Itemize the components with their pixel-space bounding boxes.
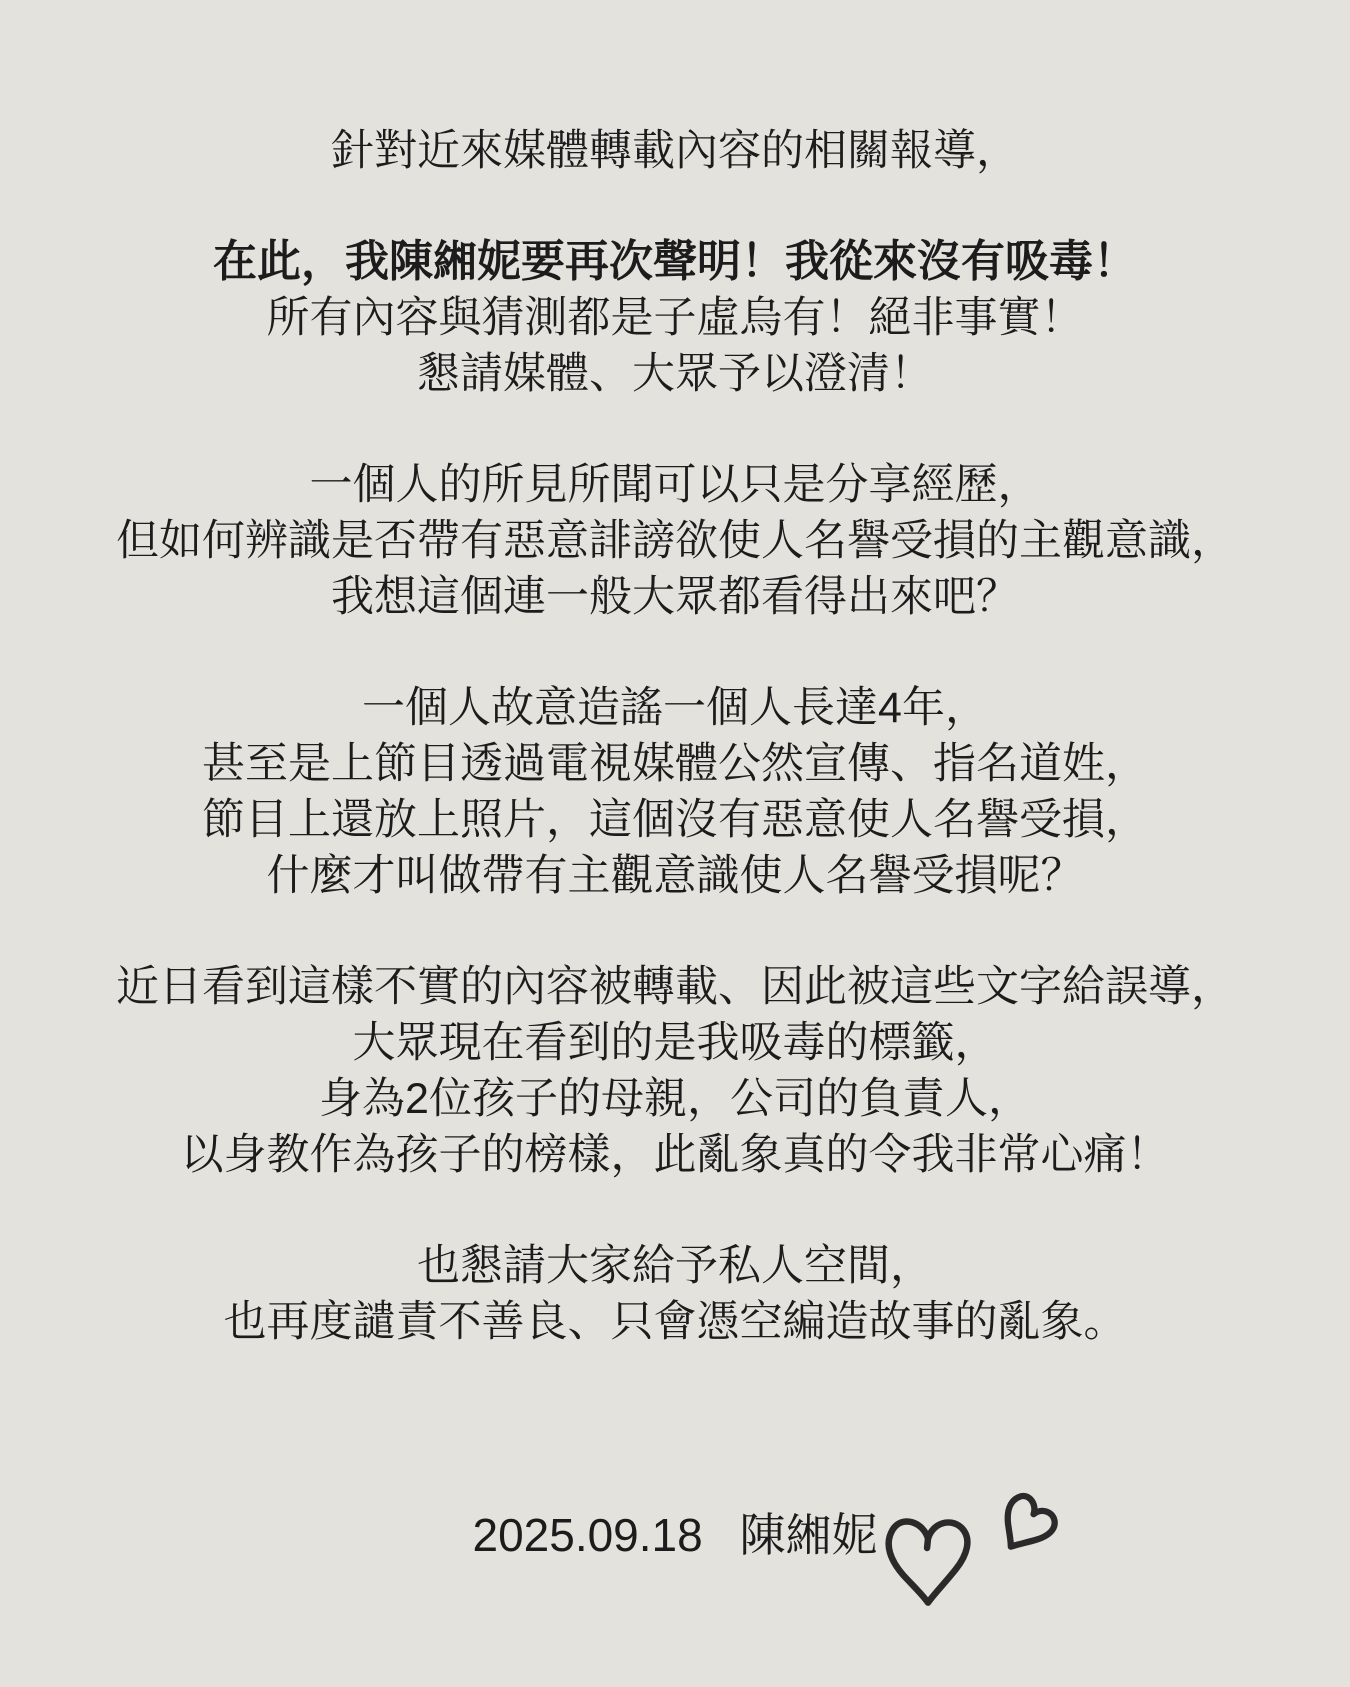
statement-line: 什麼才叫做帶有主觀意識使人名譽受損呢？	[0, 848, 1350, 904]
signature-date: 2025.09.18	[472, 1507, 702, 1563]
statement-line: 我想這個連一般大眾都看得出來吧？	[0, 569, 1350, 625]
paragraph-declaration: 在此，我陳緗妮要再次聲明！我從來沒有吸毒！ 所有內容與猜測都是子虛烏有！絕非事實…	[0, 234, 1350, 402]
paragraph-opinion: 一個人的所見所聞可以只是分享經歷， 但如何辨識是否帶有惡意誹謗欲使人名譽受損的主…	[0, 457, 1350, 625]
statement-line: 近日看到這樣不實的內容被轉載、因此被這些文字給誤導，	[0, 959, 1350, 1015]
statement-line: 以身教作為孩子的榜樣，此亂象真的令我非常心痛！	[0, 1127, 1350, 1183]
statement-line: 也再度譴責不善良、只會憑空編造故事的亂象。	[0, 1294, 1350, 1350]
statement-line: 針對近來媒體轉載內容的相關報導，	[0, 123, 1350, 179]
statement-line: 身為2位孩子的母親，公司的負責人，	[0, 1071, 1350, 1127]
paragraph-intro: 針對近來媒體轉載內容的相關報導，	[0, 123, 1350, 179]
statement-line: 一個人的所見所聞可以只是分享經歷，	[0, 457, 1350, 513]
statement-page: 針對近來媒體轉載內容的相關報導， 在此，我陳緗妮要再次聲明！我從來沒有吸毒！ 所…	[0, 0, 1350, 1687]
signature-row: 2025.09.18 陳緗妮	[0, 1507, 1350, 1563]
statement-line: 但如何辨識是否帶有惡意誹謗欲使人名譽受損的主觀意識，	[0, 513, 1350, 569]
statement-line: 也懇請大家給予私人空間，	[0, 1238, 1350, 1294]
statement-line: 節目上還放上照片，這個沒有惡意使人名譽受損，	[0, 792, 1350, 848]
signature-name: 陳緗妮	[740, 1507, 878, 1563]
statement-line: 一個人故意造謠一個人長達4年，	[0, 680, 1350, 736]
paragraph-impact: 近日看到這樣不實的內容被轉載、因此被這些文字給誤導， 大眾現在看到的是我吸毒的標…	[0, 959, 1350, 1183]
paragraph-appeal: 也懇請大家給予私人空間， 也再度譴責不善良、只會憑空編造故事的亂象。	[0, 1238, 1350, 1350]
paragraph-accusation: 一個人故意造謠一個人長達4年， 甚至是上節目透過電視媒體公然宣傳、指名道姓， 節…	[0, 680, 1350, 904]
statement-line: 所有內容與猜測都是子虛烏有！絕非事實！	[0, 290, 1350, 346]
statement-line: 甚至是上節目透過電視媒體公然宣傳、指名道姓，	[0, 736, 1350, 792]
statement-line: 大眾現在看到的是我吸毒的標籤，	[0, 1015, 1350, 1071]
emphasis-line: 在此，我陳緗妮要再次聲明！我從來沒有吸毒！	[0, 234, 1350, 290]
statement-text: 針對近來媒體轉載內容的相關報導， 在此，我陳緗妮要再次聲明！我從來沒有吸毒！ 所…	[0, 123, 1350, 1350]
statement-line: 懇請媒體、大眾予以澄清！	[0, 346, 1350, 402]
